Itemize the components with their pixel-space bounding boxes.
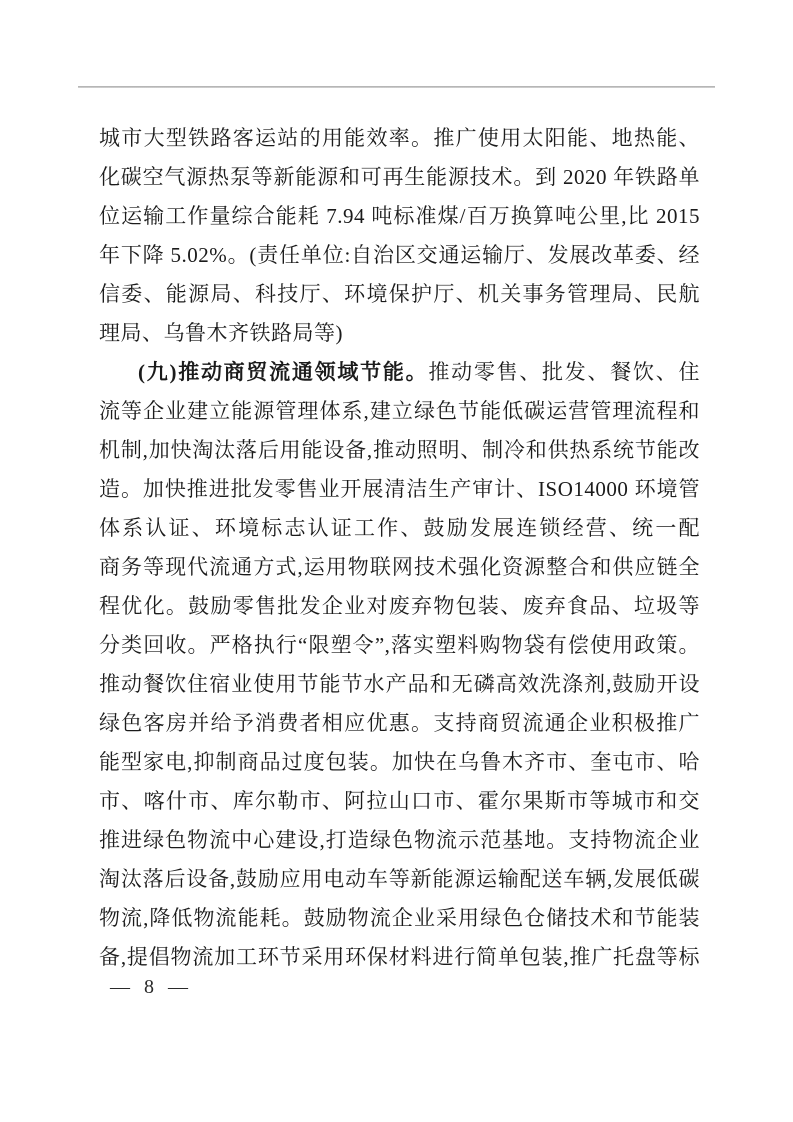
line-text: 流等企业建立能源管理体系,建立绿色节能低碳运营管理流程和 (99, 399, 700, 423)
line-text: 物流,降低物流能耗。鼓励物流企业采用绿色仓储技术和节能装 (99, 906, 700, 930)
line-text: 推动餐饮住宿业使用节能节水产品和无磷高效洗涤剂,鼓励开设 (99, 672, 700, 696)
text-line: 体系认证、环境标志认证工作、鼓励发展连锁经营、统一配送、电子 (99, 509, 700, 548)
line-text: 体系认证、环境标志认证工作、鼓励发展连锁经营、统一配送、电子 (99, 516, 700, 548)
line-text: 造。加快推进批发零售业开展清洁生产审计、ISO14000 环境管理 (99, 477, 700, 509)
line-text: 年下降 5.02%。(责任单位:自治区交通运输厅、发展改革委、经 (99, 243, 700, 267)
text-line: 年下降 5.02%。(责任单位:自治区交通运输厅、发展改革委、经 (99, 236, 700, 275)
document-body: 城市大型铁路客运站的用能效率。推广使用太阳能、地热能、二氧化碳空气源热泵等新能源… (99, 119, 700, 977)
document-page: 城市大型铁路客运站的用能效率。推广使用太阳能、地热能、二氧化碳空气源热泵等新能源… (0, 0, 793, 1122)
line-text: 程优化。鼓励零售批发企业对废弃物包装、废弃食品、垃圾等进行 (99, 594, 700, 626)
text-line: 备,提倡物流加工环节采用环保材料进行简单包装,推广托盘等标 (99, 938, 700, 977)
text-line: 绿色客房并给予消费者相应优惠。支持商贸流通企业积极推广节 (99, 704, 700, 743)
text-line: 位运输工作量综合能耗 7.94 吨标准煤/百万换算吨公里,比 2015 (99, 197, 700, 236)
text-line: 推进绿色物流中心建设,打造绿色物流示范基地。支持物流企业 (99, 821, 700, 860)
text-line: (九)推动商贸流通领域节能。推动零售、批发、餐饮、住宿、物 (99, 353, 700, 392)
text-line: 理局、乌鲁木齐铁路局等) (99, 314, 700, 353)
text-line: 化碳空气源热泵等新能源和可再生能源技术。到 2020 年铁路单 (99, 158, 700, 197)
line-text: 位运输工作量综合能耗 7.94 吨标准煤/百万换算吨公里,比 2015 (99, 204, 700, 228)
text-line: 淘汰落后设备,鼓励应用电动车等新能源运输配送车辆,发展低碳 (99, 860, 700, 899)
line-text: 绿色客房并给予消费者相应优惠。支持商贸流通企业积极推广节 (99, 711, 700, 743)
page-number: — 8 — (110, 970, 188, 1004)
line-text: 信委、能源局、科技厅、环境保护厅、机关事务管理局、民航新疆管 (99, 282, 700, 314)
text-line: 市、喀什市、库尔勒市、阿拉山口市、霍尔果斯市等城市和交通枢纽 (99, 782, 700, 821)
line-text: 商务等现代流通方式,运用物联网技术强化资源整合和供应链全 (99, 555, 700, 579)
text-line: 造。加快推进批发零售业开展清洁生产审计、ISO14000 环境管理 (99, 470, 700, 509)
line-text: 备,提倡物流加工环节采用环保材料进行简单包装,推广托盘等标 (99, 945, 700, 969)
line-text: 淘汰落后设备,鼓励应用电动车等新能源运输配送车辆,发展低碳 (99, 867, 700, 891)
line-text: 推进绿色物流中心建设,打造绿色物流示范基地。支持物流企业 (99, 828, 700, 852)
text-line: 流等企业建立能源管理体系,建立绿色节能低碳运营管理流程和 (99, 392, 700, 431)
page-number-label: — 8 — (110, 976, 188, 998)
line-text: 市、喀什市、库尔勒市、阿拉山口市、霍尔果斯市等城市和交通枢纽 (99, 789, 700, 821)
text-line: 城市大型铁路客运站的用能效率。推广使用太阳能、地热能、二氧 (99, 119, 700, 158)
line-text: 理局、乌鲁木齐铁路局等) (99, 321, 343, 345)
line-text: 化碳空气源热泵等新能源和可再生能源技术。到 2020 年铁路单 (99, 165, 700, 189)
text-line: 程优化。鼓励零售批发企业对废弃物包装、废弃食品、垃圾等进行 (99, 587, 700, 626)
text-line: 物流,降低物流能耗。鼓励物流企业采用绿色仓储技术和节能装 (99, 899, 700, 938)
text-line: 能型家电,抑制商品过度包装。加快在乌鲁木齐市、奎屯市、哈密 (99, 743, 700, 782)
section-heading: (九)推动商贸流通领域节能。 (138, 360, 428, 384)
line-text: 分类回收。严格执行“限塑令”,落实塑料购物袋有偿使用政策。 (99, 633, 700, 657)
text-line: 分类回收。严格执行“限塑令”,落实塑料购物袋有偿使用政策。 (99, 626, 700, 665)
text-line: 机制,加快淘汰落后用能设备,推动照明、制冷和供热系统节能改 (99, 431, 700, 470)
text-line: 推动餐饮住宿业使用节能节水产品和无磷高效洗涤剂,鼓励开设 (99, 665, 700, 704)
line-text: 机制,加快淘汰落后用能设备,推动照明、制冷和供热系统节能改 (99, 438, 700, 462)
text-line: 商务等现代流通方式,运用物联网技术强化资源整合和供应链全 (99, 548, 700, 587)
line-text: 城市大型铁路客运站的用能效率。推广使用太阳能、地热能、二氧 (99, 126, 700, 158)
header-rule (78, 86, 715, 88)
text-line: 信委、能源局、科技厅、环境保护厅、机关事务管理局、民航新疆管 (99, 275, 700, 314)
line-text: 能型家电,抑制商品过度包装。加快在乌鲁木齐市、奎屯市、哈密 (99, 750, 700, 782)
